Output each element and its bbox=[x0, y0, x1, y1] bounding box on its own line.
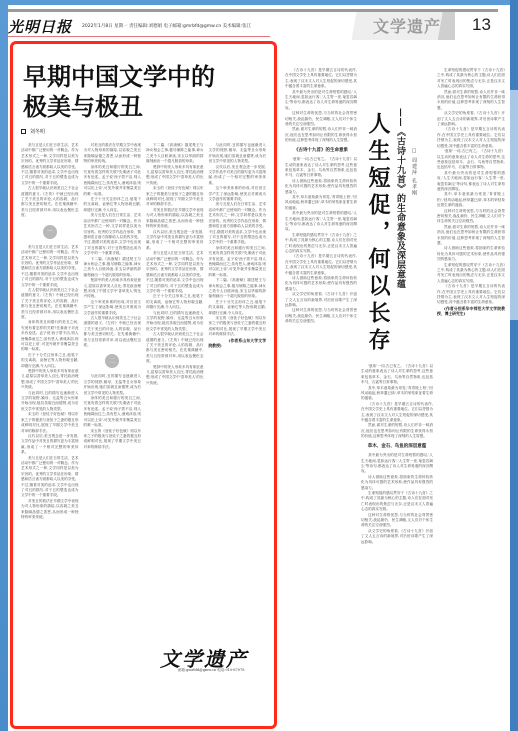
right-article-subtitle: ——《古诗十九首》的生命意象及深层意蕴 bbox=[394, 108, 407, 289]
paragraph: 《古诗十九首》是早期五言诗的代表作,在中国文学史上具有重要地位。它们以抒情为主,… bbox=[285, 254, 357, 276]
top-rule-divider bbox=[8, 9, 498, 12]
paragraph: 庄子十分关注形体之丑,他笔下的支离疏、哀骀它等人物形貌丑陋,却德行完满,令人向往… bbox=[209, 300, 267, 316]
paragraph: 然而,面对生命的短暂,诗人们并非一味消沉,他们也在思考如何让有限的生命获得永恒的… bbox=[361, 423, 433, 439]
right-subhead-2: 草木、金石、鸟鱼的深层意蕴 bbox=[361, 444, 433, 449]
paragraph: 《古诗十九首》是早期五言诗的代表作,在中国文学史上具有重要地位。它们以抒情为主,… bbox=[361, 402, 433, 424]
paragraph: 楚辞中的美人形象多具有象征意义,屈原以香草美人自比,寄托政治理想,形成了中国文学… bbox=[84, 278, 142, 300]
paragraph: 其中最为突出的是对生命短暂的感叹,'人生天地间,忽如远行客','人生寄一世,奄忽… bbox=[285, 90, 357, 112]
paragraph: 庄子十分关注形体之丑,他笔下的支离疏、哀骀它等人物形貌丑陋,却德行完满,令人向往… bbox=[21, 353, 79, 369]
paragraph: 其中,草木意象最为常见,'青青陵上柏','回风动地起,秋草萋已绿',草木的荣枯象… bbox=[285, 195, 357, 211]
paragraph: 美与丑是人们在日常生活、艺术活动中都广泛使用的一对概念。作为艺术形式之一种,文学… bbox=[21, 245, 79, 288]
headline-line-2: 极美与极丑 bbox=[23, 92, 266, 122]
paragraph: 其中,草木意象最为常见,'青青陵上柏','回风动地起,秋草萋已绿',草木的荣枯象… bbox=[437, 192, 505, 208]
viewer-background-strip bbox=[510, 0, 518, 731]
headline-line-1: 早期中国文学中的 bbox=[23, 62, 266, 92]
right-article-authors: □ 周建萍 孔孝刚 bbox=[411, 148, 418, 196]
paragraph: 诗人借助这些意象,将抽象的生命体验转化为具体可感的艺术形象,使作品具有强烈的感染… bbox=[285, 276, 357, 292]
paragraph: 对美丑的看法在早期文学中表现为对人物形象的描绘,以容貌之美丑来隐喻品德之善恶,从… bbox=[146, 208, 204, 230]
left-column-2: 对美丑的看法在早期文学中表现为对人物形象的描绘,以容貌之美丑来隐喻品德之善恶,从… bbox=[84, 143, 142, 520]
paragraph: 古人很早就认识到美丑之于社会道德的意义,《左传》中就已经出现了关于美丑的评论,人… bbox=[146, 332, 204, 364]
byline-author: 刘冬明 bbox=[30, 128, 45, 135]
left-column-4: 与此同时,丑的描写也逐渐进入文学的视野,嫫母、无盐等丑女形象开始出现,她们虽貌丑… bbox=[209, 143, 267, 520]
paragraph: 从文学史的角度看,《古诗十九首》开创了文人五言诗的新境界,对后世诗歌产生了深远影… bbox=[285, 292, 357, 308]
paragraph: 宋玉的《登徒子好色赋》则以东家之子的极美与登徒子之妻的极丑形成鲜明对比,展现了早… bbox=[84, 429, 142, 451]
paragraph: 从文学史的角度看,《古诗十九首》开创了文人五言诗的新境界,对后世诗歌产生了深远影… bbox=[437, 111, 505, 127]
paragraph: 身体的美丑和德行的美丑之间,究竟有着怎样的关联?先秦诸子对此多有论述。孟子说'西… bbox=[84, 165, 142, 197]
paragraph: 古人很早就认识到美丑之于社会道德的意义,《左传》中就已经出现了关于美丑的评论,人… bbox=[84, 316, 142, 348]
right-column-1: 《古诗十九首》是早期五言诗的代表作,在中国文学史上具有重要地位。它们以抒情为主,… bbox=[285, 68, 357, 325]
masthead: 光明日报 2022年1月8日 星期一 责任编辑:刘德娟 电子邮箱:gmrbfd@… bbox=[8, 16, 251, 36]
paragraph: 宋玉的《登徒子好色赋》则以东家之子的极美与登徒子之妻的极丑形成鲜明对比,展现了早… bbox=[21, 412, 79, 434]
paragraph: 宋玉的《登徒子好色赋》则以东家之子的极美与登徒子之妻的极丑形成鲜明对比,展现了早… bbox=[146, 186, 204, 208]
paragraph: 生命短促的感叹贯穿于《古诗十九首》之中,构成了其最为核心的主题,诗人们在面对死亡… bbox=[285, 233, 357, 255]
left-article-headline: 早期中国文学中的 极美与极丑 bbox=[23, 62, 266, 122]
paragraph: 其中最为突出的是对生命短暂的感叹,'人生天地间,忽如远行客','人生寄一世,奄忽… bbox=[285, 211, 357, 233]
paragraph: 美与丑是人们在日常生活、艺术活动中都广泛使用的一对概念。作为艺术形式之一种,文学… bbox=[84, 213, 142, 256]
paragraph: 楚辞中的美人形象多具有象征意义,屈原以香草美人自比,寄托政治理想,形成了中国文学… bbox=[21, 369, 79, 391]
paragraph: 对美丑的看法在早期文学中表现为对人物形象的描绘,以容貌之美丑来隐喻品德之善恶,从… bbox=[21, 499, 79, 521]
paragraph: 汉代以后,美丑观念进一步发展,文学作品中对美丑的描写更为丰富细腻,形成了一个相对… bbox=[21, 434, 79, 456]
paragraph: 楚辞中的美人形象多具有象征意义,屈原以香草美人自比,寄托政治理想,形成了中国文学… bbox=[146, 365, 204, 387]
paragraph: 与此同时,丑的描写也逐渐进入文学的视野,嫫母、无盐等丑女形象开始出现,她们虽貌丑… bbox=[146, 311, 204, 333]
right-column-2: '意象'一词,古已有之。《古诗十九首》以生动的意象表达了诗人对生命的思考,这些意… bbox=[361, 364, 433, 545]
left-author-note: (作者系山东大学文学院教授) bbox=[209, 338, 267, 349]
paragraph: 这种对生命的忧思,与当时的社会背景密切相关,战乱频仍、民生凋敝,文人们对个体生命… bbox=[361, 513, 433, 529]
paragraph: 这种对生命的忧思,与当时的社会背景密切相关,战乱频仍、民生凋敝,文人们对个体生命… bbox=[285, 308, 357, 324]
paragraph: 庄子十分关注形体之丑,他笔下的支离疏、哀骀它等人物形貌丑陋,却德行完满,令人向往… bbox=[84, 197, 142, 213]
paragraph: 下二篇,《高唐赋》描述楚王与神女相会之事,极尽铺陈之能事,神女之美令人目眩神迷,… bbox=[209, 278, 267, 300]
right-author-note: (作者分别系华中师范大学文学院教授、博士研究生) bbox=[437, 306, 505, 317]
paragraph: 诗人借助这些意象,将抽象的生命体验转化为具体可感的艺术形象,使作品具有强烈的感染… bbox=[361, 475, 433, 491]
left-column-3: 下二篇,《高唐赋》描述楚王与神女相会之事,极尽铺陈之能事,神女之美令人目眩神迷,… bbox=[146, 143, 204, 520]
paragraph: 身体的美丑和德行的美丑之间,究竟有着怎样的关联?先秦诸子对此多有论述。孟子说'西… bbox=[84, 396, 142, 428]
issue-meta: 2022年1月8日 星期一 责任编辑:刘德娟 电子邮箱:gmrbfd@gmw.c… bbox=[82, 23, 251, 29]
paragraph: 身体的美丑和德行的美丑之间,究竟有着怎样的关联?先秦诸子对此多有论述。孟子说'西… bbox=[209, 246, 267, 278]
section-name: 文学遗产 bbox=[373, 14, 441, 37]
section-brand-contact: 邮箱:gmrbfd@gmw.cn 电话:010-67078 bbox=[178, 668, 244, 673]
paragraph: 古人很早就认识到美丑之于社会道德的意义,《左传》中就已经出现了关于美丑的评论,人… bbox=[21, 288, 79, 320]
section-marker-icon: 一 bbox=[43, 225, 57, 239]
left-column-1: 美与丑是人们在日常生活、艺术活动中都广泛使用的一对概念。作为艺术形式之一种,文学… bbox=[21, 143, 79, 520]
paragraph: 其中最为突出的是对生命短暂的感叹,'人生天地间,忽如远行客','人生寄一世,奄忽… bbox=[437, 171, 505, 193]
paragraph: 然而,面对生命的短暂,诗人们并非一味消沉,他们也在思考如何让有限的生命获得永恒的… bbox=[437, 225, 505, 247]
masthead-underline bbox=[8, 36, 270, 37]
paragraph: 生命短促的感叹贯穿于《古诗十九首》之中,构成了其最为核心的主题,诗人们在面对死亡… bbox=[437, 68, 505, 90]
left-article-byline: 刘冬明 bbox=[21, 128, 266, 135]
paragraph: 然而,面对生命的短暂,诗人们并非一味消沉,他们也在思考如何让有限的生命获得永恒的… bbox=[437, 90, 505, 112]
paragraph: 下二篇,《高唐赋》描述楚王与神女相会之事,极尽铺陈之能事,神女之美令人目眩神迷,… bbox=[84, 257, 142, 279]
byline-box-icon bbox=[21, 129, 26, 134]
newspaper-logo: 光明日报 bbox=[8, 16, 72, 37]
paragraph: 美与丑是人们在日常生活、艺术活动中都广泛使用的一对概念。作为艺术形式之一种,文学… bbox=[209, 202, 267, 245]
viewer-panel-highlight bbox=[510, 90, 518, 320]
paragraph: 诗人借助这些意象,将抽象的生命体验转化为具体可感的艺术形象,使作品具有强烈的感染… bbox=[285, 179, 357, 195]
right-column-3: 生命短促的感叹贯穿于《古诗十九首》之中,构成了其最为核心的主题,诗人们在面对死亡… bbox=[437, 68, 505, 317]
paragraph: 然而,面对生命的短暂,诗人们并非一味消沉,他们也在思考如何让有限的生命获得永恒的… bbox=[285, 127, 357, 143]
paragraph: 生命短促的感叹贯穿于《古诗十九首》之中,构成了其最为核心的主题,诗人们在面对死亡… bbox=[437, 263, 505, 285]
paragraph: 生命短促的感叹贯穿于《古诗十九首》之中,构成了其最为核心的主题,诗人们在面对死亡… bbox=[361, 491, 433, 513]
paragraph: 汉代以后,美丑观念进一步发展,文学作品中对美丑的描写更为丰富细腻,形成了一个相对… bbox=[209, 165, 267, 187]
paragraph: 《古诗十九首》是早期五言诗的代表作,在中国文学史上具有重要地位。它们以抒情为主,… bbox=[437, 127, 505, 149]
page-number: 13 bbox=[472, 15, 491, 35]
paragraph: 庄子十分关注形体之丑,他笔下的支离疏、哀骀它等人物形貌丑陋,却德行完满,令人向往… bbox=[146, 294, 204, 310]
paragraph: 与此同时,丑的描写也逐渐进入文学的视野,嫫母、无盐等丑女形象开始出现,她们虽貌丑… bbox=[21, 391, 79, 413]
paragraph: 楚辞中的美人形象多具有象征意义,屈原以香草美人自比,寄托政治理想,形成了中国文学… bbox=[146, 165, 204, 187]
paragraph: 美与丑是人们在日常生活、艺术活动中都广泛使用的一对概念。作为艺术形式之一种,文学… bbox=[146, 251, 204, 294]
paragraph: 诗人借助这些意象,将抽象的生命体验转化为具体可感的艺术形象,使作品具有强烈的感染… bbox=[437, 246, 505, 262]
paragraph: 下二篇,《高唐赋》描述楚王与神女相会之事,极尽铺陈之能事,神女之美令人目眩神迷,… bbox=[146, 143, 204, 165]
paragraph: 美与丑是人们在日常生活、艺术活动中都广泛使用的一对概念。作为艺术形式之一种,文学… bbox=[21, 456, 79, 499]
paragraph: 从文学史的角度看,《古诗十九首》开创了文人五言诗的新境界,对后世诗歌产生了深远影… bbox=[361, 529, 433, 545]
paragraph: 其中最为突出的是对生命短暂的感叹,'人生天地间,忽如远行客','人生寄一世,奄忽… bbox=[361, 453, 433, 475]
paragraph: 对美丑的看法在早期文学中表现为对人物形象的描绘,以容貌之美丑来隐喻品德之善恶,从… bbox=[84, 143, 142, 165]
right-subhead-1: 《古诗十九首》的生命意象 bbox=[285, 148, 357, 153]
paragraph: '意象'一词,古已有之。《古诗十九首》以生动的意象表达了诗人对生命的思考,这些意… bbox=[361, 364, 433, 386]
paragraph: 与此同时,丑的描写也逐渐进入文学的视野,嫫母、无盐等丑女形象开始出现,她们虽貌丑… bbox=[84, 374, 142, 396]
paragraph: 这种对生命的忧思,与当时的社会背景密切相关,战乱频仍、民生凋敝,文人们对个体生命… bbox=[437, 209, 505, 225]
paragraph: '意象'一词,古已有之。《古诗十九首》以生动的意象表达了诗人对生命的思考,这些意… bbox=[437, 149, 505, 171]
left-article-columns: 美与丑是人们在日常生活、艺术活动中都广泛使用的一对概念。作为艺术形式之一种,文学… bbox=[21, 143, 266, 520]
paragraph: '意象'一词,古已有之。《古诗十九首》以生动的意象表达了诗人对生命的思考,这些意… bbox=[285, 157, 357, 179]
paragraph: 汉代以后,美丑观念进一步发展,文学作品中对美丑的描写更为丰富细腻,形成了一个相对… bbox=[146, 230, 204, 252]
left-article-highlighted[interactable]: 早期中国文学中的 极美与极丑 刘冬明 美与丑是人们在日常生活、艺术活动中都广泛使… bbox=[10, 41, 277, 729]
paragraph: 这种对生命的忧思,与当时的社会背景密切相关,战乱频仍、民生凋敝,文人们对个体生命… bbox=[285, 111, 357, 127]
paragraph: 《古诗十九首》是早期五言诗的代表作,在中国文学史上具有重要地位。它们以抒情为主,… bbox=[285, 68, 357, 90]
paragraph: 其中,草木意象最为常见,'青青陵上柏','回风动地起,秋草萋已绿',草木的荣枯象… bbox=[361, 386, 433, 402]
paragraph: 美与丑是人们在日常生活、艺术活动中都广泛使用的一对概念。作为艺术形式之一种,文学… bbox=[21, 143, 79, 186]
section-marker-icon: 二 bbox=[105, 354, 119, 368]
paragraph: 与此同时,丑的描写也逐渐进入文学的视野,嫫母、无盐等丑女形象开始出现,她们虽貌丑… bbox=[209, 143, 267, 165]
paragraph: 这个审美体系的形成,对后世文学产生了深远影响,使美丑对照成为文学创作的重要手段。 bbox=[209, 186, 267, 202]
right-article-title: 人生短促，何以长存 bbox=[366, 112, 390, 355]
paragraph: 身体的美丑和德行的美丑之间,究竟有着怎样的关联?先秦诸子对此多有论述。孟子说'西… bbox=[21, 320, 79, 352]
paragraph: 这个审美体系的形成,对后世文学产生了深远影响,使美丑对照成为文学创作的重要手段。 bbox=[84, 300, 142, 316]
paragraph: 古人很早就认识到美丑之于社会道德的意义,《左传》中就已经出现了关于美丑的评论,人… bbox=[21, 186, 79, 218]
paragraph: 宋玉的《登徒子好色赋》则以东家之子的极美与登徒子之妻的极丑形成鲜明对比,展现了早… bbox=[209, 316, 267, 338]
paragraph: 《古诗十九首》是早期五言诗的代表作,在中国文学史上具有重要地位。它们以抒情为主,… bbox=[437, 284, 505, 306]
